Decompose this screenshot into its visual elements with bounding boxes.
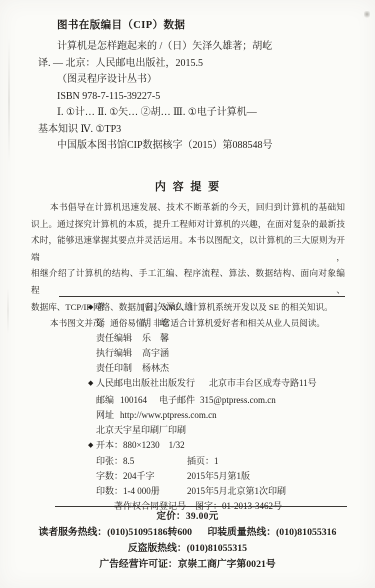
- credit-label: 译: [96, 316, 142, 331]
- spec-right: 插页：1: [187, 454, 219, 469]
- footer-section: 定价：39.00元 读者服务热线：(010)51095186转600 印装质量热…: [0, 509, 375, 573]
- publisher-name: 人民邮电出版社出版发行: [96, 376, 195, 391]
- cip-registry-line: 中国版本图书馆CIP数据核字（2015）第088548号: [38, 138, 341, 155]
- cip-isbn-line: ISBN 978-7-115-39227-5: [38, 89, 341, 106]
- spec-right: 2015年5月第1版: [187, 469, 250, 484]
- summary-line: 术时，能够迅速掌握其要点并灵活运用。本书以图配文，以计算机的三大原则为开端，: [31, 232, 345, 265]
- credit-label: 执行编辑: [96, 346, 142, 361]
- ad-license: 广告经营许可证：京崇工商广字第0021号: [0, 557, 375, 573]
- divider-rule-top: [59, 296, 345, 297]
- website-label: 网址: [96, 408, 114, 423]
- email-value: 315@ptpress.com.cn: [200, 393, 276, 408]
- cip-publisher-line: 译. — 北京：人民邮电出版社，2015.5: [38, 56, 341, 73]
- credit-value: 乐 馨: [142, 331, 169, 346]
- summary-line: 识上。通过探究计算机的本质，提升工程师对计算机的兴趣，在面对复杂的最新技: [31, 216, 345, 233]
- diamond-bullet-icon: ◆: [88, 376, 96, 391]
- reader-hotline: 读者服务热线：(010)51095186转600: [39, 527, 192, 538]
- print-quality-hotline: 印装质量热线：(010)81055316: [207, 527, 336, 538]
- cip-series-line: （图灵程序设计丛书）: [38, 72, 341, 89]
- format-row: ◆ 开本：880×1230 1/32: [88, 438, 366, 454]
- credit-value: 高宇涵: [142, 346, 169, 361]
- spec-row: 印数：1-4 000册 2015年5月北京第1次印刷: [88, 484, 366, 499]
- spec-right: 2015年5月北京第1次印刷: [187, 484, 286, 499]
- publication-info-section: ◆ 著 [日]矢泽久雄 译 胡 屹 责任编辑 乐 馨 执行编辑 高宇涵 责任印制…: [88, 300, 366, 514]
- summary-line: 相继介绍了计算机的结构、手工汇编、程序流程、算法、数据结构、面向对象编程、: [31, 265, 345, 298]
- cip-section: 图书在版编目（CIP）数据 计算机是怎样跑起来的 /（日）矢泽久雄著；胡屹 译.…: [38, 18, 341, 155]
- scan-artifact-mark: [364, 11, 370, 19]
- credit-value: 杨林杰: [142, 361, 169, 376]
- spec-left: 印张：8.5: [96, 454, 187, 469]
- summary-heading: 内 容 提 要: [31, 181, 345, 194]
- credit-label: 责任编辑: [96, 331, 142, 346]
- website-row: 网址 http://www.ptpress.com.cn: [88, 408, 366, 423]
- credit-row: 执行编辑 高宇涵: [88, 346, 366, 361]
- postcode-label: 邮编: [96, 393, 114, 408]
- credit-row: 译 胡 屹: [88, 316, 366, 331]
- hotline-row: 读者服务热线：(010)51095186转600 印装质量热线：(010)810…: [0, 525, 375, 541]
- price: 定价：39.00元: [0, 509, 375, 525]
- publisher-row: ◆ 人民邮电出版社出版发行 北京市丰台区成寿寺路11号: [88, 376, 366, 392]
- spec-left: 印数：1-4 000册: [96, 484, 187, 499]
- credit-row: 责任编辑 乐 馨: [88, 331, 366, 346]
- book-copyright-page: 图书在版编目（CIP）数据 计算机是怎样跑起来的 /（日）矢泽久雄著；胡屹 译.…: [0, 0, 375, 588]
- credit-row: ◆ 著 [日]矢泽久雄: [88, 300, 366, 316]
- cip-title-line: 计算机是怎样跑起来的 /（日）矢泽久雄著；胡屹: [38, 39, 341, 56]
- email-label: 电子邮件: [159, 393, 195, 408]
- scan-artifact-streak: [8, 38, 10, 163]
- scan-artifact-streak: [7, 288, 9, 334]
- credit-value: 胡 屹: [142, 316, 169, 331]
- format-value: 开本：880×1230 1/32: [96, 438, 185, 453]
- credit-value: [日]矢泽久雄: [142, 300, 193, 315]
- spec-row: 字数：204千字 2015年5月第1版: [88, 469, 366, 484]
- credit-label: 责任印制: [96, 361, 142, 376]
- cip-classification-line-2: 基本知识 Ⅳ. ①TP3: [38, 122, 341, 139]
- publisher-address: 北京市丰台区成寿寺路11号: [209, 376, 317, 391]
- website-value: http://www.ptpress.com.cn: [120, 408, 217, 423]
- postcode-email-row: 邮编 100164 电子邮件 315@ptpress.com.cn: [88, 393, 366, 408]
- cip-heading: 图书在版编目（CIP）数据: [57, 18, 341, 33]
- postcode-value: 100164: [120, 393, 147, 408]
- printer-row: 北京天宇星印刷厂印刷: [88, 423, 366, 438]
- summary-line: 本书倡导在计算机迅速发展、技术不断革新的今天，回归到计算机的基础知: [31, 199, 345, 216]
- diamond-bullet-icon: ◆: [88, 300, 96, 315]
- credit-row: 责任印制 杨林杰: [88, 361, 366, 376]
- printer-name: 北京天宇星印刷厂印刷: [96, 423, 186, 438]
- divider-rule-bottom: [55, 506, 347, 507]
- diamond-bullet-icon: ◆: [88, 438, 96, 453]
- cip-classification-line-1: Ⅰ. ①计… Ⅱ. ①矢… ②胡… Ⅲ. ①电子计算机—: [38, 105, 341, 122]
- credit-label: 著: [96, 300, 142, 315]
- antipiracy-hotline: 反盗版热线：(010)81055315: [0, 541, 375, 557]
- spec-row: 印张：8.5 插页：1: [88, 454, 366, 469]
- spec-left: 字数：204千字: [96, 469, 187, 484]
